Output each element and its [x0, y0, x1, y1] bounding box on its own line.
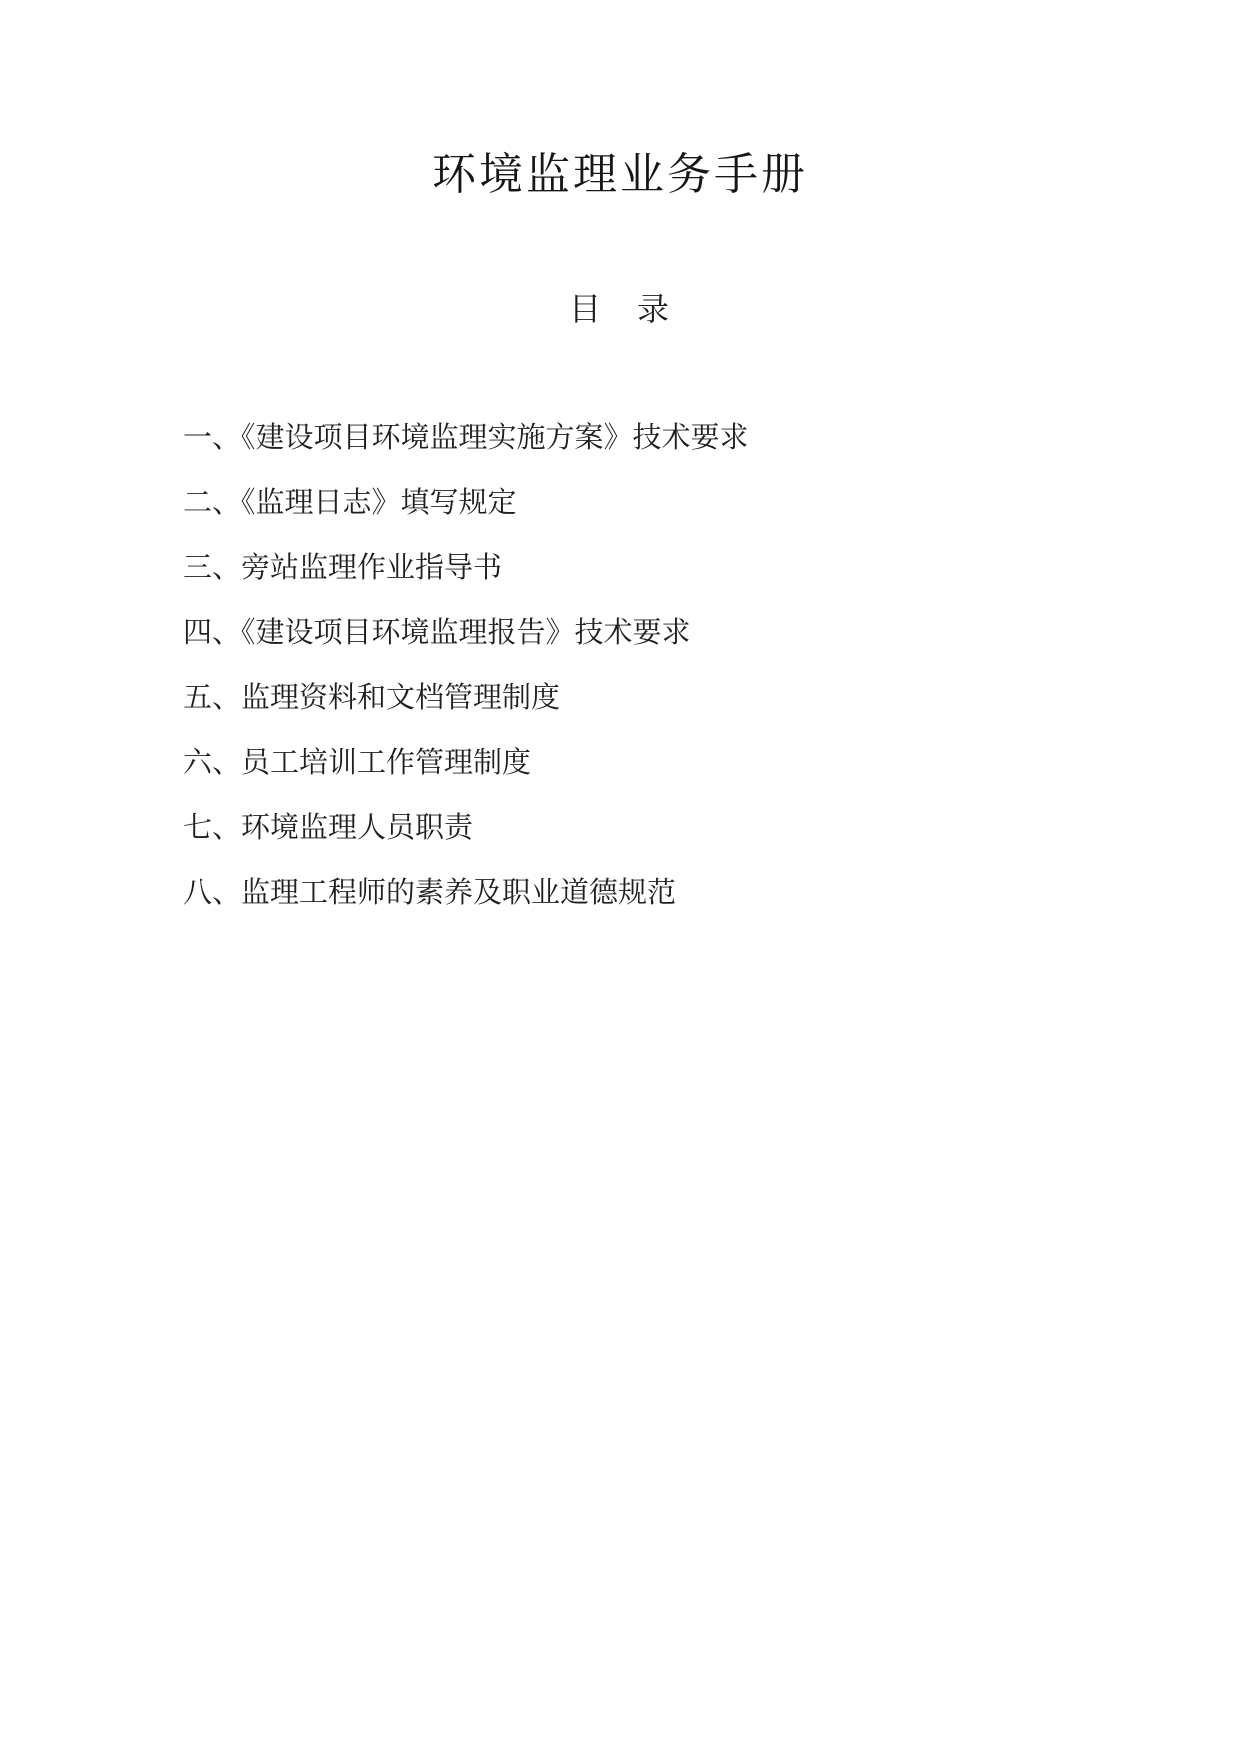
toc-item: 三、旁站监理作业指导书	[183, 536, 1103, 601]
toc-item: 一、《建设项目环境监理实施方案》技术要求	[183, 406, 1103, 471]
toc-list: 一、《建设项目环境监理实施方案》技术要求 二、《监理日志》填写规定 三、旁站监理…	[183, 406, 1103, 926]
toc-item: 六、员工培训工作管理制度	[183, 731, 1103, 796]
document-page: 环境监理业务手册 目 录 一、《建设项目环境监理实施方案》技术要求 二、《监理日…	[0, 0, 1240, 1753]
toc-item: 五、监理资料和文档管理制度	[183, 666, 1103, 731]
toc-item: 四、《建设项目环境监理报告》技术要求	[183, 601, 1103, 666]
toc-item: 二、《监理日志》填写规定	[183, 471, 1103, 536]
toc-item: 八、监理工程师的素养及职业道德规范	[183, 861, 1103, 926]
toc-heading: 目 录	[0, 291, 1240, 328]
toc-item: 七、环境监理人员职责	[183, 796, 1103, 861]
document-title: 环境监理业务手册	[0, 150, 1240, 201]
